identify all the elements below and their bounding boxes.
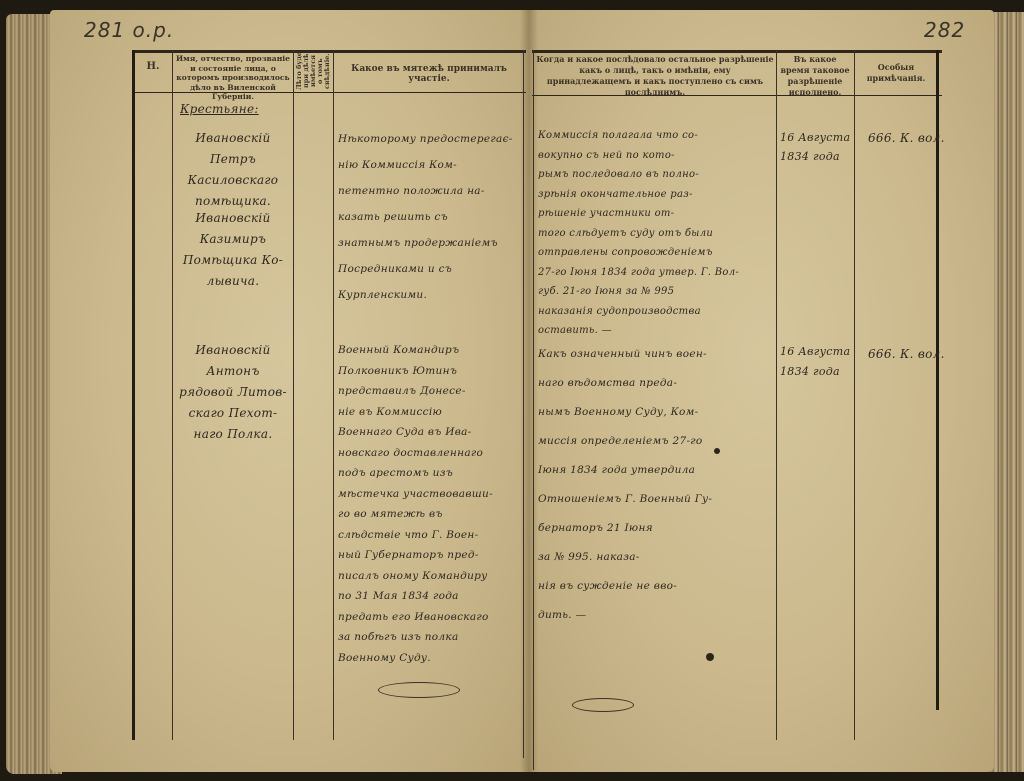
ink-blot [706,653,714,661]
folio-number-right: 282 [924,18,965,42]
col-rule-name [172,50,173,740]
col-rule-participation [333,50,334,740]
col-rule-gutter-right [533,50,534,770]
entry-2-participation: Военный Командиръ Полковникъ Ютинъ предс… [338,340,522,668]
ink-blot-small [714,448,720,454]
section-heading-peasants: Крестьяне: [180,97,290,122]
col-rule-notes [854,50,855,740]
header-name: Имя, отчество, прозваніе и состояніе лиц… [174,54,292,102]
header-executed: Въ какое время таковое разрѣшеніе исполн… [778,54,852,98]
entry-1-executed-date: 16 Августа 1834 года [780,128,854,166]
left-border-rule [132,50,135,740]
entry-2-notes: 666. К. вол. [868,342,1018,367]
header-age: Лѣто буде при дѣлѣ имѣется о томъ свѣдѣн… [296,52,330,90]
folio-number-left: 281 о.р. [84,18,174,42]
col-rule-age [293,50,294,740]
entry-2-executed-date: 16 Августа 1834 года [780,342,854,382]
entry-1-notes: 666. К. вол. [868,126,1018,151]
header-top-rule-right [532,50,942,53]
signature-flourish-right [572,698,634,712]
entry-2-resolution: Какъ означенный чинъ воен- наго вѣдомств… [538,340,774,630]
col-rule-executed [776,50,777,740]
signature-flourish-left [378,682,460,698]
open-ledger-book: 281 о.р. 282 Н. Имя, отчество, прозваніе… [0,0,1024,781]
entry-2-name: Ивановскій Антонъ рядовой Литов- скаго П… [174,340,292,445]
entry-1-name-1: Ивановскій Петръ Касиловскаго помѣщика. [174,128,292,212]
entry-1-participation: Нѣкоторому предостерегає- нію Коммиссія … [338,126,522,308]
entry-1-resolution: Коммиссія полагала что со- вокупно съ не… [538,126,774,341]
header-resolution: Когда и какое послѣдовало остальное разр… [536,54,774,98]
col-rule-gutter-left [523,50,524,758]
header-participation: Какое въ мятежѣ принималъ участіе. [336,64,522,84]
header-number: Н. [136,62,170,72]
header-notes: Особыя примѣчанія. [856,62,936,84]
entry-1-name-2: Ивановскій Казимиръ Помѣщика Ко- лывича. [174,208,292,292]
